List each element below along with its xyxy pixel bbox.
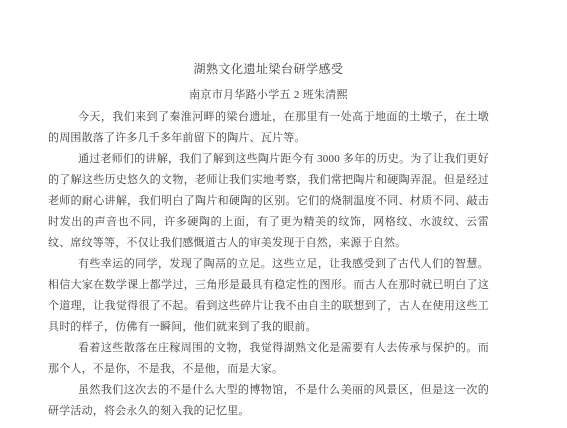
page: { "doc": { "title": "湖熟文化遗址梁台研学感受", "byl…: [0, 0, 567, 428]
essay-document: 湖熟文化遗址梁台研学感受 南京市月华路小学五 2 班朱清熙 今天，我们来到了秦淮…: [48, 62, 489, 422]
essay-byline: 南京市月华路小学五 2 班朱清熙: [48, 88, 489, 102]
essay-paragraph: 今天，我们来到了秦淮河畔的梁台遗址，在那里有一处高于地面的土墩子，在土墩的周围散…: [48, 107, 489, 149]
essay-paragraph: 通过老师们的讲解，我们了解到这些陶片距今有 3000 多年的历史。为了让我们更好…: [48, 149, 489, 254]
essay-title: 湖熟文化遗址梁台研学感受: [48, 62, 489, 76]
essay-paragraph: 看着这些散落在庄稼周围的文物，我觉得湖熟文化是需要有人去传承与保护的。而那个人，…: [48, 338, 489, 380]
essay-paragraph: 有些幸运的同学，发现了陶鬲的立足。这些立足，让我感受到了古代人们的智慧。相信大家…: [48, 254, 489, 338]
essay-paragraph: 虽然我们这次去的不是什么大型的博物馆，不是什么美丽的风景区，但是这一次的研学活动…: [48, 380, 489, 422]
